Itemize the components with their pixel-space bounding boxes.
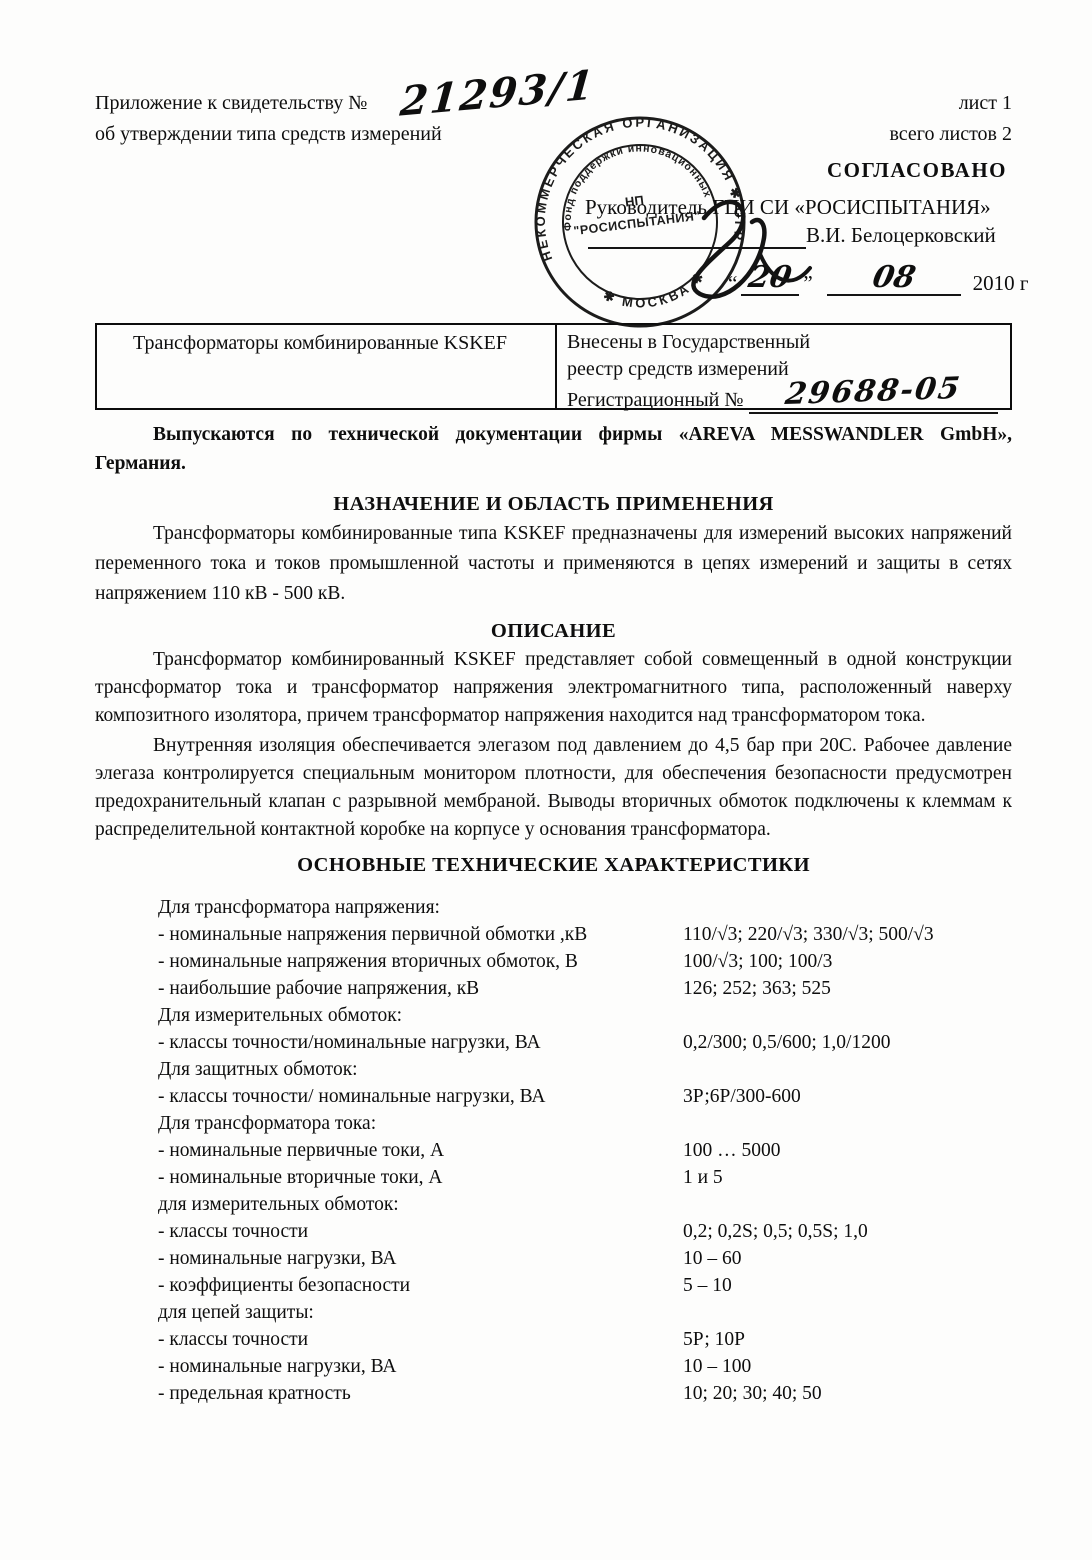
date-month-blank: 08 <box>827 266 961 296</box>
spec-value: 10 – 100 <box>683 1353 751 1380</box>
description-paragraph-1: Трансформатор комбинированный KSKEF пред… <box>95 646 1012 730</box>
spec-row: - номинальные нагрузки, ВА 10 – 100 <box>95 1353 1012 1380</box>
spec-label: Для измерительных обмоток: <box>158 1005 402 1026</box>
spec-value: 0,2; 0,2S; 0,5; 0,5S; 1,0 <box>683 1218 868 1245</box>
spec-value: 3Р;6Р/300-600 <box>683 1083 801 1110</box>
spec-label: - наибольшие рабочие напряжения, кВ <box>158 978 479 999</box>
spec-label: Для трансформатора тока: <box>158 1113 376 1134</box>
spec-value: 0,2/300; 0,5/600; 1,0/1200 <box>683 1029 890 1056</box>
spec-label: для цепей защиты: <box>158 1302 314 1323</box>
sheet-number: лист 1 <box>889 88 1012 119</box>
purpose-heading: НАЗНАЧЕНИЕ И ОБЛАСТЬ ПРИМЕНЕНИЯ <box>95 491 1012 517</box>
spec-value: 5 – 10 <box>683 1272 732 1299</box>
date-month-handwritten: 08 <box>870 265 917 291</box>
spec-row: - номинальные первичные токи, А 100 … 50… <box>95 1137 1012 1164</box>
signature-scribble <box>642 196 822 311</box>
characteristics-list: Для трансформатора напряжения: - номинал… <box>95 894 1012 1407</box>
spec-row: - предельная кратность 10; 20; 30; 40; 5… <box>95 1380 1012 1407</box>
spec-label: - классы точности/ номинальные нагрузки,… <box>158 1086 546 1107</box>
spec-row: - классы точности 0,2; 0,2S; 0,5; 0,5S; … <box>95 1218 1012 1245</box>
spec-value: 100/√3; 100; 100/3 <box>683 948 832 975</box>
spec-row: - классы точности/ номинальные нагрузки,… <box>95 1083 1012 1110</box>
spec-row: для измерительных обмоток: <box>95 1191 1012 1218</box>
spec-label: - номинальные напряжения первичной обмот… <box>158 924 587 945</box>
spec-row: - номинальные напряжения вторичных обмот… <box>95 948 1012 975</box>
registration-number-line: Регистрационный № 29688-05 <box>567 383 998 414</box>
document-page: Приложение к свидетельству № об утвержде… <box>0 0 1092 1560</box>
device-name-cell: Трансформаторы комбинированные KSKEF <box>97 325 557 408</box>
spec-value: 110/√3; 220/√3; 330/√3; 500/√3 <box>683 921 934 948</box>
spec-label: для измерительных обмоток: <box>158 1194 399 1215</box>
spec-row: - коэффициенты безопасности 5 – 10 <box>95 1272 1012 1299</box>
signer-name: В.И. Белоцерковский <box>806 223 996 248</box>
spec-label: - классы точности <box>158 1329 308 1350</box>
spec-row: - классы точности/номинальные нагрузки, … <box>95 1029 1012 1056</box>
spec-row: - классы точности 5Р; 10Р <box>95 1326 1012 1353</box>
spec-row: - номинальные вторичные токи, А 1 и 5 <box>95 1164 1012 1191</box>
spec-row: - номинальные нагрузки, ВА 10 – 60 <box>95 1245 1012 1272</box>
spec-row: Для трансформатора напряжения: <box>95 894 1012 921</box>
registry-entry-line1: Внесены в Государственный <box>567 329 998 356</box>
spec-label: - номинальные вторичные токи, А <box>158 1167 442 1188</box>
spec-row: Для трансформатора тока: <box>95 1110 1012 1137</box>
date-year: 2010 г <box>973 271 1029 296</box>
registration-number-handwritten: 29688-05 <box>784 377 963 407</box>
spec-label: - коэффициенты безопасности <box>158 1275 410 1296</box>
spec-row: Для защитных обмоток: <box>95 1056 1012 1083</box>
agreed-title: СОГЛАСОВАНО <box>827 158 1007 183</box>
spec-value: 10; 20; 30; 40; 50 <box>683 1380 822 1407</box>
spec-label: - классы точности <box>158 1221 308 1242</box>
spec-label: Для трансформатора напряжения: <box>158 897 440 918</box>
spec-value: 1 и 5 <box>683 1164 723 1191</box>
registration-number-blank: 29688-05 <box>749 383 998 414</box>
spec-label: - номинальные нагрузки, ВА <box>158 1356 396 1377</box>
spec-label: - классы точности/номинальные нагрузки, … <box>158 1032 541 1053</box>
spec-label: Для защитных обмоток: <box>158 1059 358 1080</box>
issued-by-paragraph: Выпускаются по технической документации … <box>95 420 1012 478</box>
spec-label: - предельная кратность <box>158 1383 351 1404</box>
spec-value: 100 … 5000 <box>683 1137 781 1164</box>
spec-row: - номинальные напряжения первичной обмот… <box>95 921 1012 948</box>
spec-value: 126; 252; 363; 525 <box>683 975 831 1002</box>
spec-value: 5Р; 10Р <box>683 1326 745 1353</box>
spec-value: 10 – 60 <box>683 1245 742 1272</box>
sheets-total: всего листов 2 <box>889 119 1012 150</box>
characteristics-heading: ОСНОВНЫЕ ТЕХНИЧЕСКИЕ ХАРАКТЕРИСТИКИ <box>95 852 1012 878</box>
spec-row: Для измерительных обмоток: <box>95 1002 1012 1029</box>
purpose-paragraph: Трансформаторы комбинированные типа KSKE… <box>95 519 1012 609</box>
spec-row: для цепей защиты: <box>95 1299 1012 1326</box>
description-paragraph-2: Внутренняя изоляция обеспечивается элега… <box>95 732 1012 844</box>
registry-entry-cell: Внесены в Государственный реестр средств… <box>557 325 1010 408</box>
description-heading: ОПИСАНИЕ <box>95 618 1012 644</box>
spec-label: - номинальные первичные токи, А <box>158 1140 444 1161</box>
spec-label: - номинальные нагрузки, ВА <box>158 1248 396 1269</box>
sheet-info: лист 1 всего листов 2 <box>889 88 1012 150</box>
spec-row: - наибольшие рабочие напряжения, кВ 126;… <box>95 975 1012 1002</box>
document-body: Трансформаторы комбинированные KSKEF Вне… <box>95 323 1012 1407</box>
registration-number-label: Регистрационный № <box>567 387 743 414</box>
spec-label: - номинальные напряжения вторичных обмот… <box>158 951 578 972</box>
